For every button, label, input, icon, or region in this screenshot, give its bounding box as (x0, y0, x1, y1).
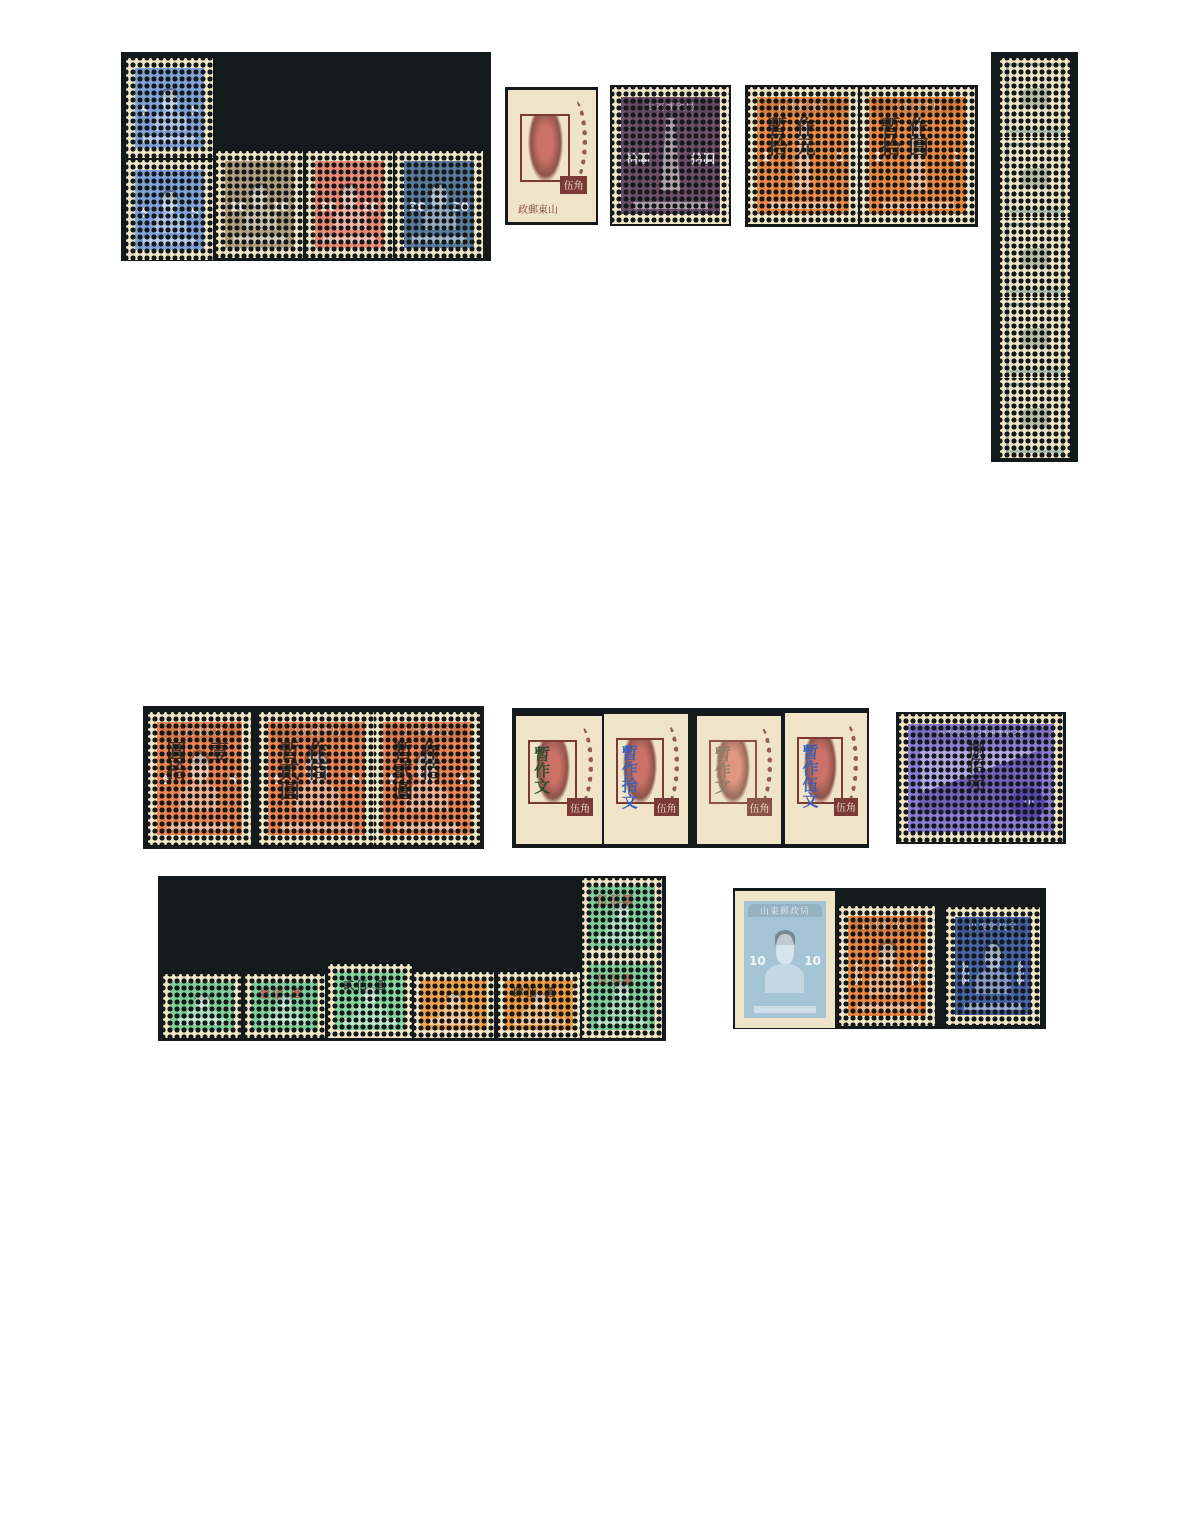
portrait-figure (158, 90, 181, 130)
stamp-design (1006, 303, 1064, 373)
portrait-head (162, 90, 177, 111)
stamp-header-text: 山東郵政局 (161, 725, 238, 738)
overprint: 捌佰元 (968, 742, 991, 793)
overprint: 暫作 貳佰圓 (280, 741, 361, 801)
locomotive-image (1022, 248, 1048, 267)
portrait-head (195, 995, 209, 1007)
stamp-header-text: 山東郵政局 (272, 725, 361, 738)
stamp-mao-light-blue-imperf-margin: 山東郵政局1010 (735, 891, 835, 1028)
stamp-design: 伍角暫作 文 (524, 722, 596, 820)
stamp-header-text: 山東郵政局 (959, 920, 1027, 933)
stamp-mao-brown-imperf: 伍角政郵東山 (508, 90, 596, 222)
stamp-footer-band (768, 202, 838, 209)
overprint: 暫作 拾元 (768, 117, 845, 157)
stamp-green-portrait-pair-top: 伍佰圓 (582, 878, 662, 956)
stamp-design: 山東郵政局壹佰圓壹佰圓 (848, 916, 926, 1016)
stamp-footer-band (881, 202, 955, 209)
stamp-header-text: 山東郵政局 (387, 725, 467, 738)
overprint: 壹佰 圓 (259, 988, 315, 999)
portrait-body (606, 919, 637, 935)
stamp-group-top-mao-imperf: 伍角政郵東山 (505, 87, 598, 225)
stamp-footer-band (323, 236, 375, 243)
overprint: 暫作 拾 文 (622, 746, 661, 810)
stamp-group-lower-right-mao-set: 山東郵政局1010山東郵政局壹佰圓壹佰圓山東郵政局壹佰圓壹佰圓 (733, 888, 1046, 1029)
stamp-footer-band (343, 1018, 396, 1025)
portrait-body (179, 783, 219, 811)
portrait-figure (980, 944, 1006, 993)
stamp-design: 山東郵政局壹佰圓壹佰圓 (955, 917, 1031, 1015)
stamp-train-green-1 (1000, 58, 1070, 138)
stamp-purple-commemorative-surcharge: 中華郵政 抗日戰爭勝利紀念10捌佰元 (899, 714, 1063, 842)
stamp-mao-imperf-ovp-2: 伍角暫作 拾 文 (604, 714, 688, 844)
stamp-footer-band (260, 1018, 310, 1025)
stamp-brown-10: 1010 (216, 151, 303, 258)
stamp-header-text: 山東郵政局 (761, 100, 845, 113)
value-circle: 10 (1011, 787, 1045, 821)
portrait-body (243, 208, 276, 230)
laurel-wreath (561, 100, 587, 182)
stamp-train-green-3 (1000, 218, 1070, 298)
stamp-slate-blue-30: 3030 (395, 151, 483, 258)
value-left: 30 (409, 200, 426, 214)
stamp-design (1006, 383, 1064, 453)
portrait-head (879, 944, 896, 970)
stamp-footer-band (633, 202, 708, 209)
mao-portrait (528, 116, 564, 181)
stamp-header-text: 中華郵政 抗日戰爭勝利紀念 (912, 727, 1050, 740)
portrait-figure (248, 185, 271, 229)
portrait-figure (358, 988, 382, 1017)
overprint: 暫作 文 (534, 747, 574, 795)
portrait-body (975, 970, 1011, 995)
stamp-design: 55 (135, 68, 204, 148)
stamp-orange-portrait-2: 肆佰 圓 (498, 972, 580, 1038)
stamp-tower-orange-surcharge-a: 山東郵政局11暫作 拾元 (748, 87, 858, 224)
stamp-group-mid-purple-commemorative: 中華郵政 抗日戰爭勝利紀念10捌佰元 (896, 712, 1066, 844)
stamp-group-mid-mao-orange-surcharge: 山東郵政局55圓 壹 拾山東郵政局55暫作 貳佰圓山東郵政局55暫作 貳佰圓 (143, 706, 484, 849)
stamp-design: 伍角 (516, 96, 590, 198)
monument-tower (661, 118, 681, 191)
stamp-green-portrait-3: 貳佰 圓 (328, 964, 412, 1038)
value-left: 30 (320, 200, 337, 214)
portrait-head (252, 185, 267, 208)
stamp-red-30: 3030 (306, 151, 393, 258)
value-box: 伍角 (567, 798, 593, 816)
stamp-tower-orange-surcharge-b: 山東郵政局11暫作 拾圓 (860, 87, 975, 224)
portrait-head (431, 185, 446, 208)
portrait-figure (611, 982, 633, 1015)
stamp-design: 1010 (225, 161, 294, 248)
portrait-figure (191, 995, 213, 1019)
stamp-header-text: 山東郵政局 (625, 100, 716, 113)
stamp-header-text: 山東郵政局 (748, 904, 822, 917)
value-right: 拾圓 (691, 150, 715, 167)
portrait-body (333, 208, 366, 230)
stamp-footer-band (412, 236, 465, 243)
stamp-group-lower-green-orange-set: 壹佰 圓貳佰 圓肆佰 圓伍佰圓伍佰圓 (158, 876, 666, 1041)
stamp-footer-band (143, 238, 195, 245)
portrait-body (606, 1000, 637, 1017)
stamp-header-text: 山東郵政局 (852, 919, 922, 932)
stamp-footer-band (280, 823, 354, 830)
stamp-train-green-2 (1000, 138, 1070, 218)
stamp-footer-text: 政郵東山 (518, 201, 558, 216)
stamp-footer-band (964, 1003, 1022, 1010)
portrait-figure (874, 944, 901, 994)
stamp-group-right-train-strip (991, 52, 1078, 462)
stamp-design (1006, 143, 1064, 213)
stamp-design (421, 980, 487, 1030)
stamp-footer-band (597, 936, 647, 943)
portrait-figure (771, 934, 799, 993)
overprint: 圓 壹 拾 (167, 741, 239, 781)
stamp-orange-portrait-1 (414, 972, 494, 1038)
value-right: 30 (452, 200, 469, 214)
stamp-header-text: 山東郵政局 (873, 100, 962, 113)
portrait-head (985, 944, 1002, 969)
portrait-figure (443, 994, 465, 1019)
value-right: 壹佰圓 (910, 961, 921, 985)
portrait-body (422, 208, 455, 230)
portrait-figure (338, 185, 361, 229)
stamp-design (1006, 223, 1064, 293)
stamp-design: 山東郵政局拾圓拾圓 (621, 97, 720, 214)
overprint: 肆佰 圓 (513, 987, 570, 998)
locomotive-image (1022, 88, 1048, 107)
stamp-footer-band (429, 1018, 479, 1025)
stamp-design: 伍角暫作 拾 文 (612, 720, 682, 820)
value-left: 10 (230, 200, 247, 214)
stamp-tower-purple-10: 山東郵政局拾圓拾圓 (612, 87, 729, 224)
value-left: 5 (140, 206, 148, 220)
stamp-blue-5-pair-bottom: 55 (126, 160, 213, 260)
stamp-green-portrait-pair-bottom: 伍佰圓 (582, 956, 662, 1038)
portrait-body (153, 111, 186, 131)
value-left: 壹佰圓 (960, 961, 971, 985)
stamp-group-mid-mao-imperf-overprints: 伍角暫作 文伍角暫作 拾 文伍角暫作 文伍角暫作 伍 文 (512, 708, 869, 848)
stamp-footer-band (513, 1018, 565, 1025)
stamp-design (170, 982, 234, 1030)
value-right: 10 (804, 954, 821, 968)
overprint: 伍佰圓 (596, 974, 652, 985)
stamp-footer-band (754, 1006, 816, 1013)
value-box: 伍角 (560, 176, 587, 194)
locomotive-image (1022, 168, 1048, 187)
portrait-figure (611, 903, 633, 934)
overprint: 暫作 文 (715, 747, 754, 795)
overprint: 暫作 貳佰圓 (393, 741, 467, 801)
stamp-green-portrait-1 (163, 974, 241, 1038)
portrait-figure (158, 192, 181, 232)
stamp-mao-dark-blue: 山東郵政局壹佰圓壹佰圓 (946, 907, 1040, 1025)
stamp-footer-band (167, 823, 232, 830)
stamp-design (1006, 63, 1064, 133)
portrait-body (353, 1003, 386, 1018)
stamp-design: 3030 (404, 161, 474, 248)
overprint: 伍佰圓 (596, 895, 652, 906)
stamp-green-portrait-2: 壹佰 圓 (245, 974, 325, 1038)
stamp-blue-5-pair-top: 55 (126, 58, 213, 158)
stamp-group-top-tower-surcharge-pair: 山東郵政局11暫作 拾元山東郵政局11暫作 拾圓 (745, 85, 978, 227)
stamp-footer-band (597, 1018, 647, 1025)
value-right: 5 (191, 104, 199, 118)
portrait-body (153, 213, 186, 233)
locomotive-image (1022, 328, 1048, 347)
stamp-footer-band (394, 823, 461, 830)
stamp-mao-orange-5-single: 山東郵政局55圓 壹 拾 (148, 712, 251, 845)
portrait-head (342, 185, 357, 208)
value-box: 伍角 (747, 798, 772, 816)
stamp-footer-band (857, 1004, 916, 1011)
stamp-mao-imperf-ovp-4: 伍角暫作 伍 文 (785, 713, 867, 844)
stamp-train-green-5 (1000, 378, 1070, 458)
stamp-design: 伍角暫作 文 (705, 722, 775, 820)
stamp-mao-orange-5-pair-left: 山東郵政局55暫作 貳佰圓 (259, 712, 374, 845)
value-left: 拾圓 (626, 150, 650, 167)
value-left: 壹佰圓 (853, 961, 864, 985)
stamp-footer-band (178, 1018, 227, 1025)
value-right: 10 (272, 200, 289, 214)
stamp-footer-band (143, 136, 195, 143)
portrait-body (766, 964, 805, 993)
value-left: 5 (140, 104, 148, 118)
stamp-mao-orange-5-pair-right: 山東郵政局55暫作 貳佰圓 (374, 712, 480, 845)
value-right: 5 (191, 206, 199, 220)
stamp-design: 山東郵政局1010 (744, 901, 826, 1018)
portrait-head (447, 994, 461, 1007)
stamp-train-green-4 (1000, 298, 1070, 378)
value-right: 30 (362, 200, 379, 214)
overprint: 暫作 伍 文 (803, 745, 841, 809)
portrait-figure (427, 185, 451, 229)
portrait-head (776, 934, 794, 964)
stamp-mao-orange: 山東郵政局壹佰圓壹佰圓 (839, 906, 935, 1026)
value-right: 壹佰圓 (1015, 961, 1026, 985)
stamp-design: 伍角暫作 伍 文 (793, 719, 861, 820)
stamp-design: 3030 (315, 161, 384, 248)
portrait-head (162, 192, 177, 213)
portrait-body (868, 970, 905, 995)
locomotive-image (1022, 408, 1048, 427)
overprint: 暫作 拾圓 (881, 117, 962, 157)
stamp-mao-imperf-ovp-3: 伍角暫作 文 (697, 716, 781, 844)
value-left: 10 (749, 954, 766, 968)
stamp-group-top-left-portrait-set: 5555101030303030 (121, 52, 491, 261)
stamp-footer-band (233, 236, 285, 243)
stamp-mao-imperf-ovp-1: 伍角暫作 文 (516, 716, 602, 844)
overprint: 貳佰 圓 (343, 980, 402, 991)
stamp-group-top-tower-purple: 山東郵政局拾圓拾圓 (610, 85, 731, 226)
stamp-design: 55 (135, 170, 204, 250)
